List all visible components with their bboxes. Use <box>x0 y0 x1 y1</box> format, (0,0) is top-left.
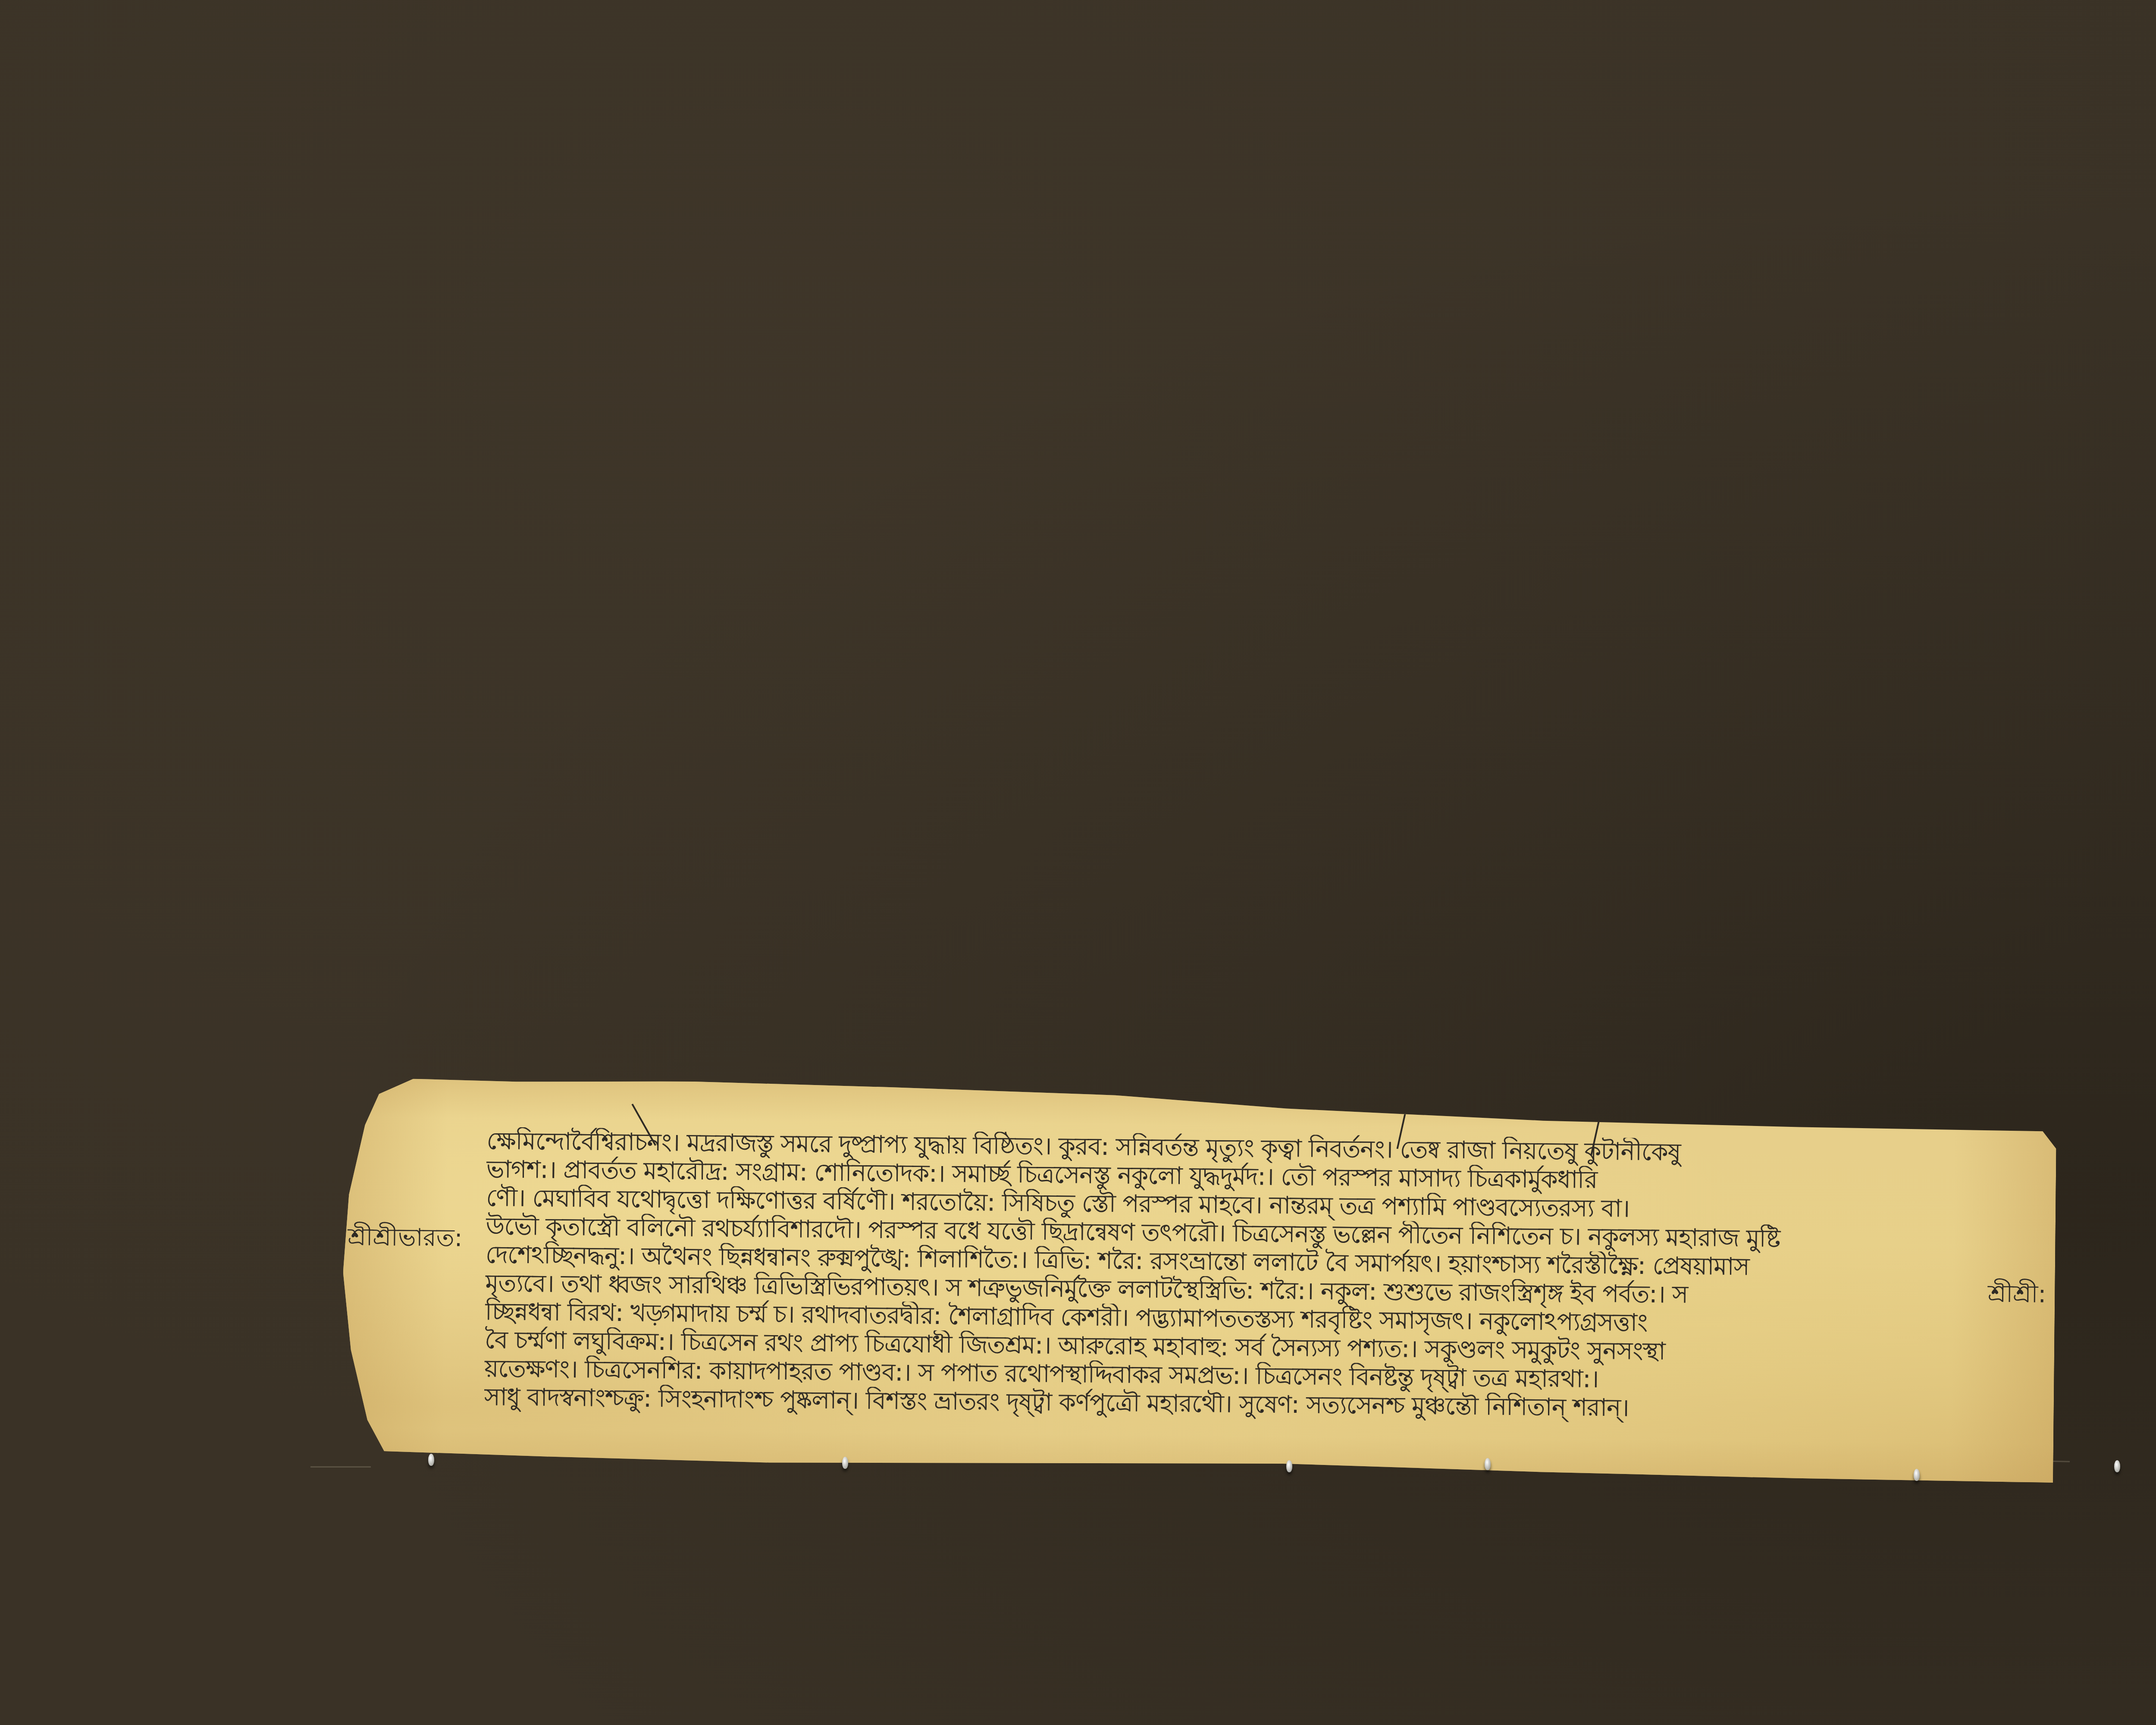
mounting-pin <box>1914 1469 1920 1481</box>
mounting-pin <box>428 1454 434 1466</box>
margin-note-right: শ্রীশ্রী: <box>1987 1275 2046 1316</box>
mounting-pin <box>1485 1458 1491 1470</box>
manuscript-leaf: শ্রীশ্রীভারত: শ্রীশ্রী: ক্ষেমিন্দোর্বৈশ্… <box>341 1078 2056 1483</box>
mounting-pin <box>2114 1460 2120 1472</box>
manuscript-text-block: ক্ষেমিন্দোর্বৈশ্বিরাচনং। মদ্ররাজস্তু সমর… <box>484 1127 1970 1426</box>
board-scratch-mark <box>310 1466 371 1468</box>
margin-note-left: শ্রীশ্রীভারত: <box>348 1218 463 1260</box>
mounting-pin <box>1286 1460 1292 1472</box>
display-board: শ্রীশ্রীভারত: শ্রীশ্রী: ক্ষেমিন্দোর্বৈশ্… <box>0 0 2156 1725</box>
mounting-pin <box>842 1457 848 1469</box>
